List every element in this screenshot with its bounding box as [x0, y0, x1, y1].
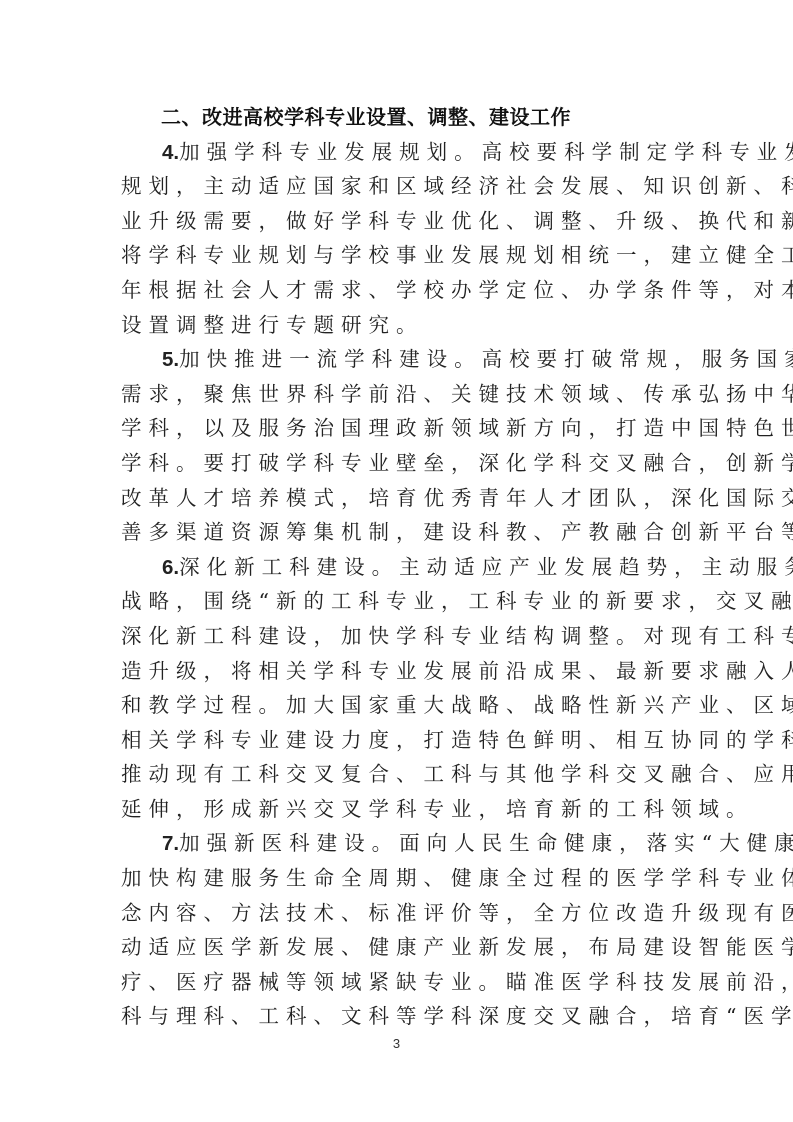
section-heading: 二、改进高校学科专业设置、调整、建设工作 [161, 100, 673, 135]
paragraph-line: 动适应医学新发展、健康产业新发展，布局建设智能医学、互联网医 [121, 930, 673, 965]
document-body: 二、改进高校学科专业设置、调整、建设工作 4.加强学科专业发展规划。高校要科学制… [121, 100, 673, 1034]
paragraph-line: 造升级，将相关学科专业发展前沿成果、最新要求融入人才培养方案 [121, 654, 673, 689]
paragraph-line: 深化新工科建设，加快学科专业结构调整。对现有工科专业全要素改 [121, 619, 673, 654]
paragraph-line: 学科。要打破学科专业壁垒，深化学科交叉融合，创新学科组织模式， [121, 446, 673, 481]
paragraph-4: 4.加强学科专业发展规划。高校要科学制定学科专业发展中长期 规划，主动适应国家和… [121, 135, 673, 343]
paragraph-7: 7.加强新医科建设。面向人民生命健康，落实“大健康”理念， 加快构建服务生命全周… [121, 826, 673, 1034]
item-number: 4. [162, 141, 179, 164]
page-number: 3 [0, 1036, 793, 1051]
paragraph-line: 需求，聚焦世界科学前沿、关键技术领域、传承弘扬中华优秀文化的 [121, 377, 673, 412]
paragraph-line: 年根据社会人才需求、学校办学定位、办学条件等，对本校学科专业 [121, 273, 673, 308]
paragraph-line: 改革人才培养模式，培育优秀青年人才团队，深化国际交流合作，完 [121, 481, 673, 516]
paragraph-line: 延伸，形成新兴交叉学科专业，培育新的工科领域。 [121, 792, 673, 827]
paragraph-line: 推动现有工科交叉复合、工科与其他学科交叉融合、应用理科向工科 [121, 757, 673, 792]
paragraph-line: 7.加强新医科建设。面向人民生命健康，落实“大健康”理念， [121, 826, 673, 861]
paragraph-line: 学科，以及服务治国理政新领域新方向，打造中国特色世界影响标杆 [121, 411, 673, 446]
item-number: 6. [162, 556, 179, 579]
paragraph-line: 和教学过程。加大国家重大战略、战略性新兴产业、区域支柱产业等 [121, 688, 673, 723]
paragraph-line: 4.加强学科专业发展规划。高校要科学制定学科专业发展中长期 [121, 135, 673, 170]
paragraph-line: 将学科专业规划与学校事业发展规划相统一，建立健全工作制度，每 [121, 238, 673, 273]
paragraph-line: 规划，主动适应国家和区域经济社会发展、知识创新、科技进步、产 [121, 169, 673, 204]
paragraph-line: 加快构建服务生命全周期、健康全过程的医学学科专业体系。聚焦理 [121, 861, 673, 896]
paragraph-line: 业升级需要，做好学科专业优化、调整、升级、换代和新建工作。要 [121, 204, 673, 239]
paragraph-line: 疗、医疗器械等领域紧缺专业。瞄准医学科技发展前沿，大力推进医 [121, 965, 673, 1000]
paragraph-line: 设置调整进行专题研究。 [121, 308, 673, 343]
paragraph-5: 5.加快推进一流学科建设。高校要打破常规，服务国家重大战略 需求，聚焦世界科学前… [121, 342, 673, 550]
paragraph-line: 5.加快推进一流学科建设。高校要打破常规，服务国家重大战略 [121, 342, 673, 377]
paragraph-line: 相关学科专业建设力度，打造特色鲜明、相互协同的学科专业集群。 [121, 723, 673, 758]
paragraph-line: 念内容、方法技术、标准评价等，全方位改造升级现有医学专业。主 [121, 896, 673, 931]
item-number: 7. [162, 832, 179, 855]
paragraph-line: 战略，围绕“新的工科专业，工科专业的新要求，交叉融合再出新”， [121, 584, 673, 619]
paragraph-6: 6.深化新工科建设。主动适应产业发展趋势，主动服务制造强国 战略，围绕“新的工科… [121, 550, 673, 827]
paragraph-line: 善多渠道资源筹集机制，建设科教、产教融合创新平台等。 [121, 515, 673, 550]
paragraph-line: 6.深化新工科建设。主动适应产业发展趋势，主动服务制造强国 [121, 550, 673, 585]
item-number: 5. [162, 348, 179, 371]
paragraph-line: 科与理科、工科、文科等学科深度交叉融合，培育“医学+X”“X+ [121, 999, 673, 1034]
